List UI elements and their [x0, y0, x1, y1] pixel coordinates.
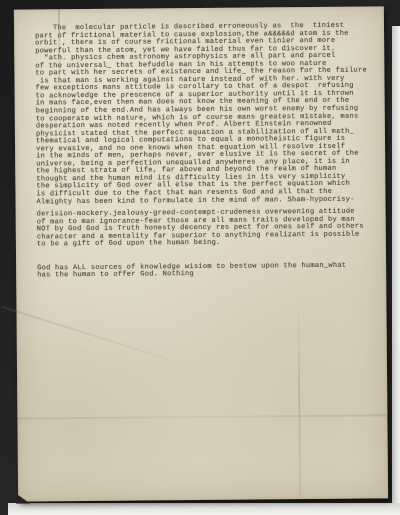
photo-border-right [392, 26, 400, 515]
typed-letter-page: The molecular particle is described erro… [14, 6, 388, 501]
typed-paragraph-2: derision-mockery.jealousy-greed-contempt… [37, 209, 374, 250]
crease-line [2, 306, 212, 374]
typed-paragraph-3: God has ALL sources of knowledge wisiom … [37, 262, 374, 280]
photo-background: The molecular particle is described erro… [0, 0, 400, 515]
crease-line [17, 414, 387, 419]
crease-line [297, 297, 301, 497]
corner-fold [16, 494, 30, 504]
photo-border-bottom [8, 503, 400, 515]
typed-paragraph-1: The molecular particle is described erro… [35, 22, 374, 206]
